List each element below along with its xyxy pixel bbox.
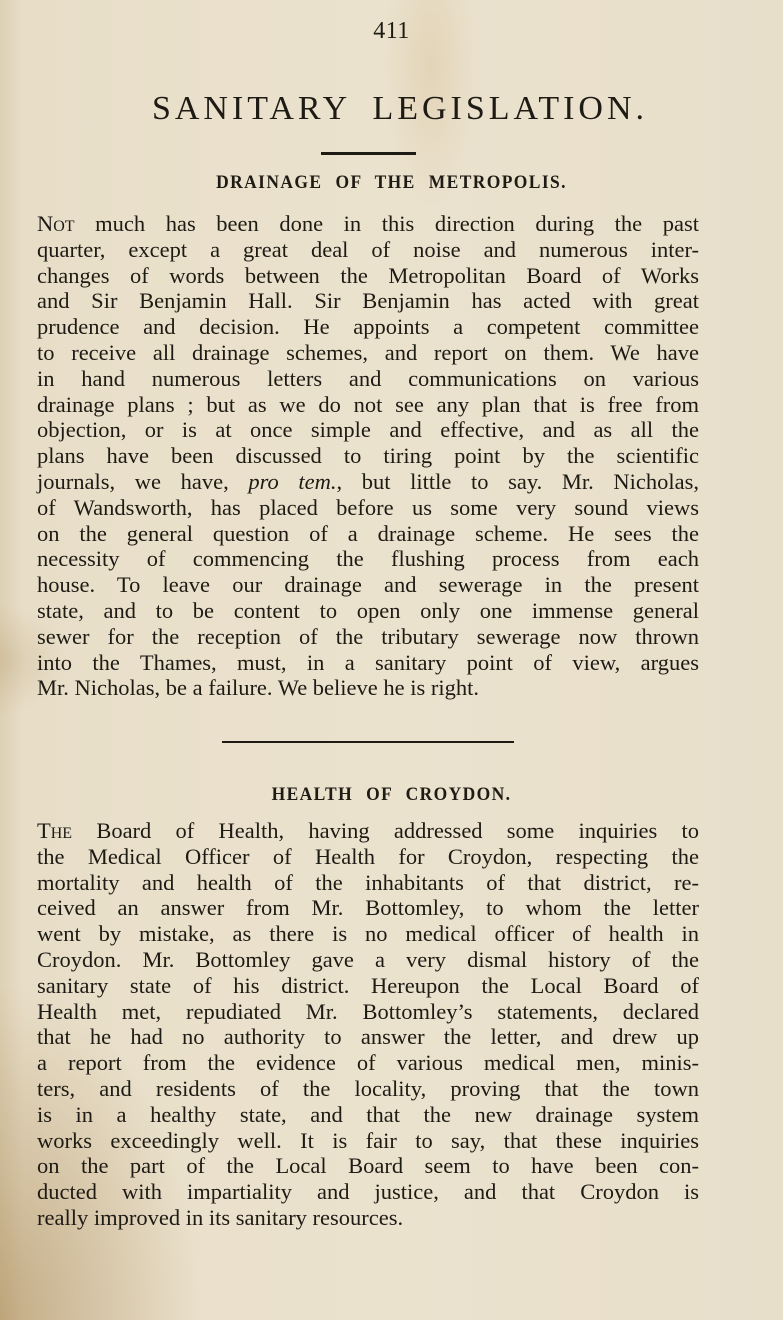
section-heading-croydon: HEALTH OF CROYDON. — [31, 784, 751, 806]
text-line: into the Thames, must, in a sanitary poi… — [37, 650, 699, 676]
text-line: mortality and health of the inhabitants … — [37, 870, 699, 896]
text-line: in hand numerous letters and communicati… — [37, 366, 699, 392]
section-heading-drainage: DRAINAGE OF THE METROPOLIS. — [31, 172, 751, 194]
text-line: necessity of commencing the flushing pro… — [37, 546, 699, 572]
text-line: ceived an answer from Mr. Bottomley, to … — [37, 895, 699, 921]
paragraph-drainage: Not much has been done in this direction… — [37, 211, 699, 701]
text-line: journals, we have, pro tem., but little … — [37, 469, 699, 495]
text-line: is in a healthy state, and that the new … — [37, 1102, 699, 1128]
text-line: on the part of the Local Board seem to h… — [37, 1153, 699, 1179]
text-line: sewer for the reception of the tributary… — [37, 624, 699, 650]
text-line: really improved in its sanitary resource… — [37, 1205, 699, 1231]
text-line: drainage plans ; but as we do not see an… — [37, 392, 699, 418]
lead-word: The — [37, 818, 72, 843]
text-line: changes of words between the Metropolita… — [37, 263, 699, 289]
text-line: works exceedingly well. It is fair to sa… — [37, 1128, 699, 1154]
text-line: and Sir Benjamin Hall. Sir Benjamin has … — [37, 288, 699, 314]
text-line: the Medical Officer of Health for Croydo… — [37, 844, 699, 870]
text-line: objection, or is at once simple and effe… — [37, 417, 699, 443]
text-line: sanitary state of his district. Hereupon… — [37, 973, 699, 999]
text-line: ters, and residents of the locality, pro… — [37, 1076, 699, 1102]
text-line: Not much has been done in this direction… — [37, 211, 699, 237]
text-line: quarter, except a great deal of noise an… — [37, 237, 699, 263]
text-line: Mr. Nicholas, be a failure. We believe h… — [37, 675, 699, 701]
lead-word: Not — [37, 211, 75, 236]
section-divider — [222, 741, 514, 743]
title-divider — [321, 152, 416, 155]
page-title: SANITARY LEGISLATION. — [0, 90, 770, 128]
text-line: house. To leave our drainage and sewerag… — [37, 572, 699, 598]
text-line: to receive all drainage schemes, and rep… — [37, 340, 699, 366]
text-line: The Board of Health, having addressed so… — [37, 818, 699, 844]
page-number: 411 — [0, 18, 783, 45]
paragraph-croydon: The Board of Health, having addressed so… — [37, 818, 699, 1231]
text-line: went by mistake, as there is no medical … — [37, 921, 699, 947]
text-line: ducted with impartiality and justice, an… — [37, 1179, 699, 1205]
text-line: prudence and decision. He appoints a com… — [37, 314, 699, 340]
text-line: a report from the evidence of various me… — [37, 1050, 699, 1076]
text-line: on the general question of a drainage sc… — [37, 521, 699, 547]
text-line: Health met, repudiated Mr. Bottomley’s s… — [37, 999, 699, 1025]
document-page: 411 SANITARY LEGISLATION. DRAINAGE OF TH… — [0, 0, 783, 1320]
italic-phrase: pro tem. — [248, 469, 336, 494]
text-line: plans have been discussed to tiring poin… — [37, 443, 699, 469]
text-line: Croydon. Mr. Bottomley gave a very disma… — [37, 947, 699, 973]
text-line: state, and to be content to open only on… — [37, 598, 699, 624]
text-line: that he had no authority to answer the l… — [37, 1024, 699, 1050]
text-line: of Wandsworth, has placed before us some… — [37, 495, 699, 521]
